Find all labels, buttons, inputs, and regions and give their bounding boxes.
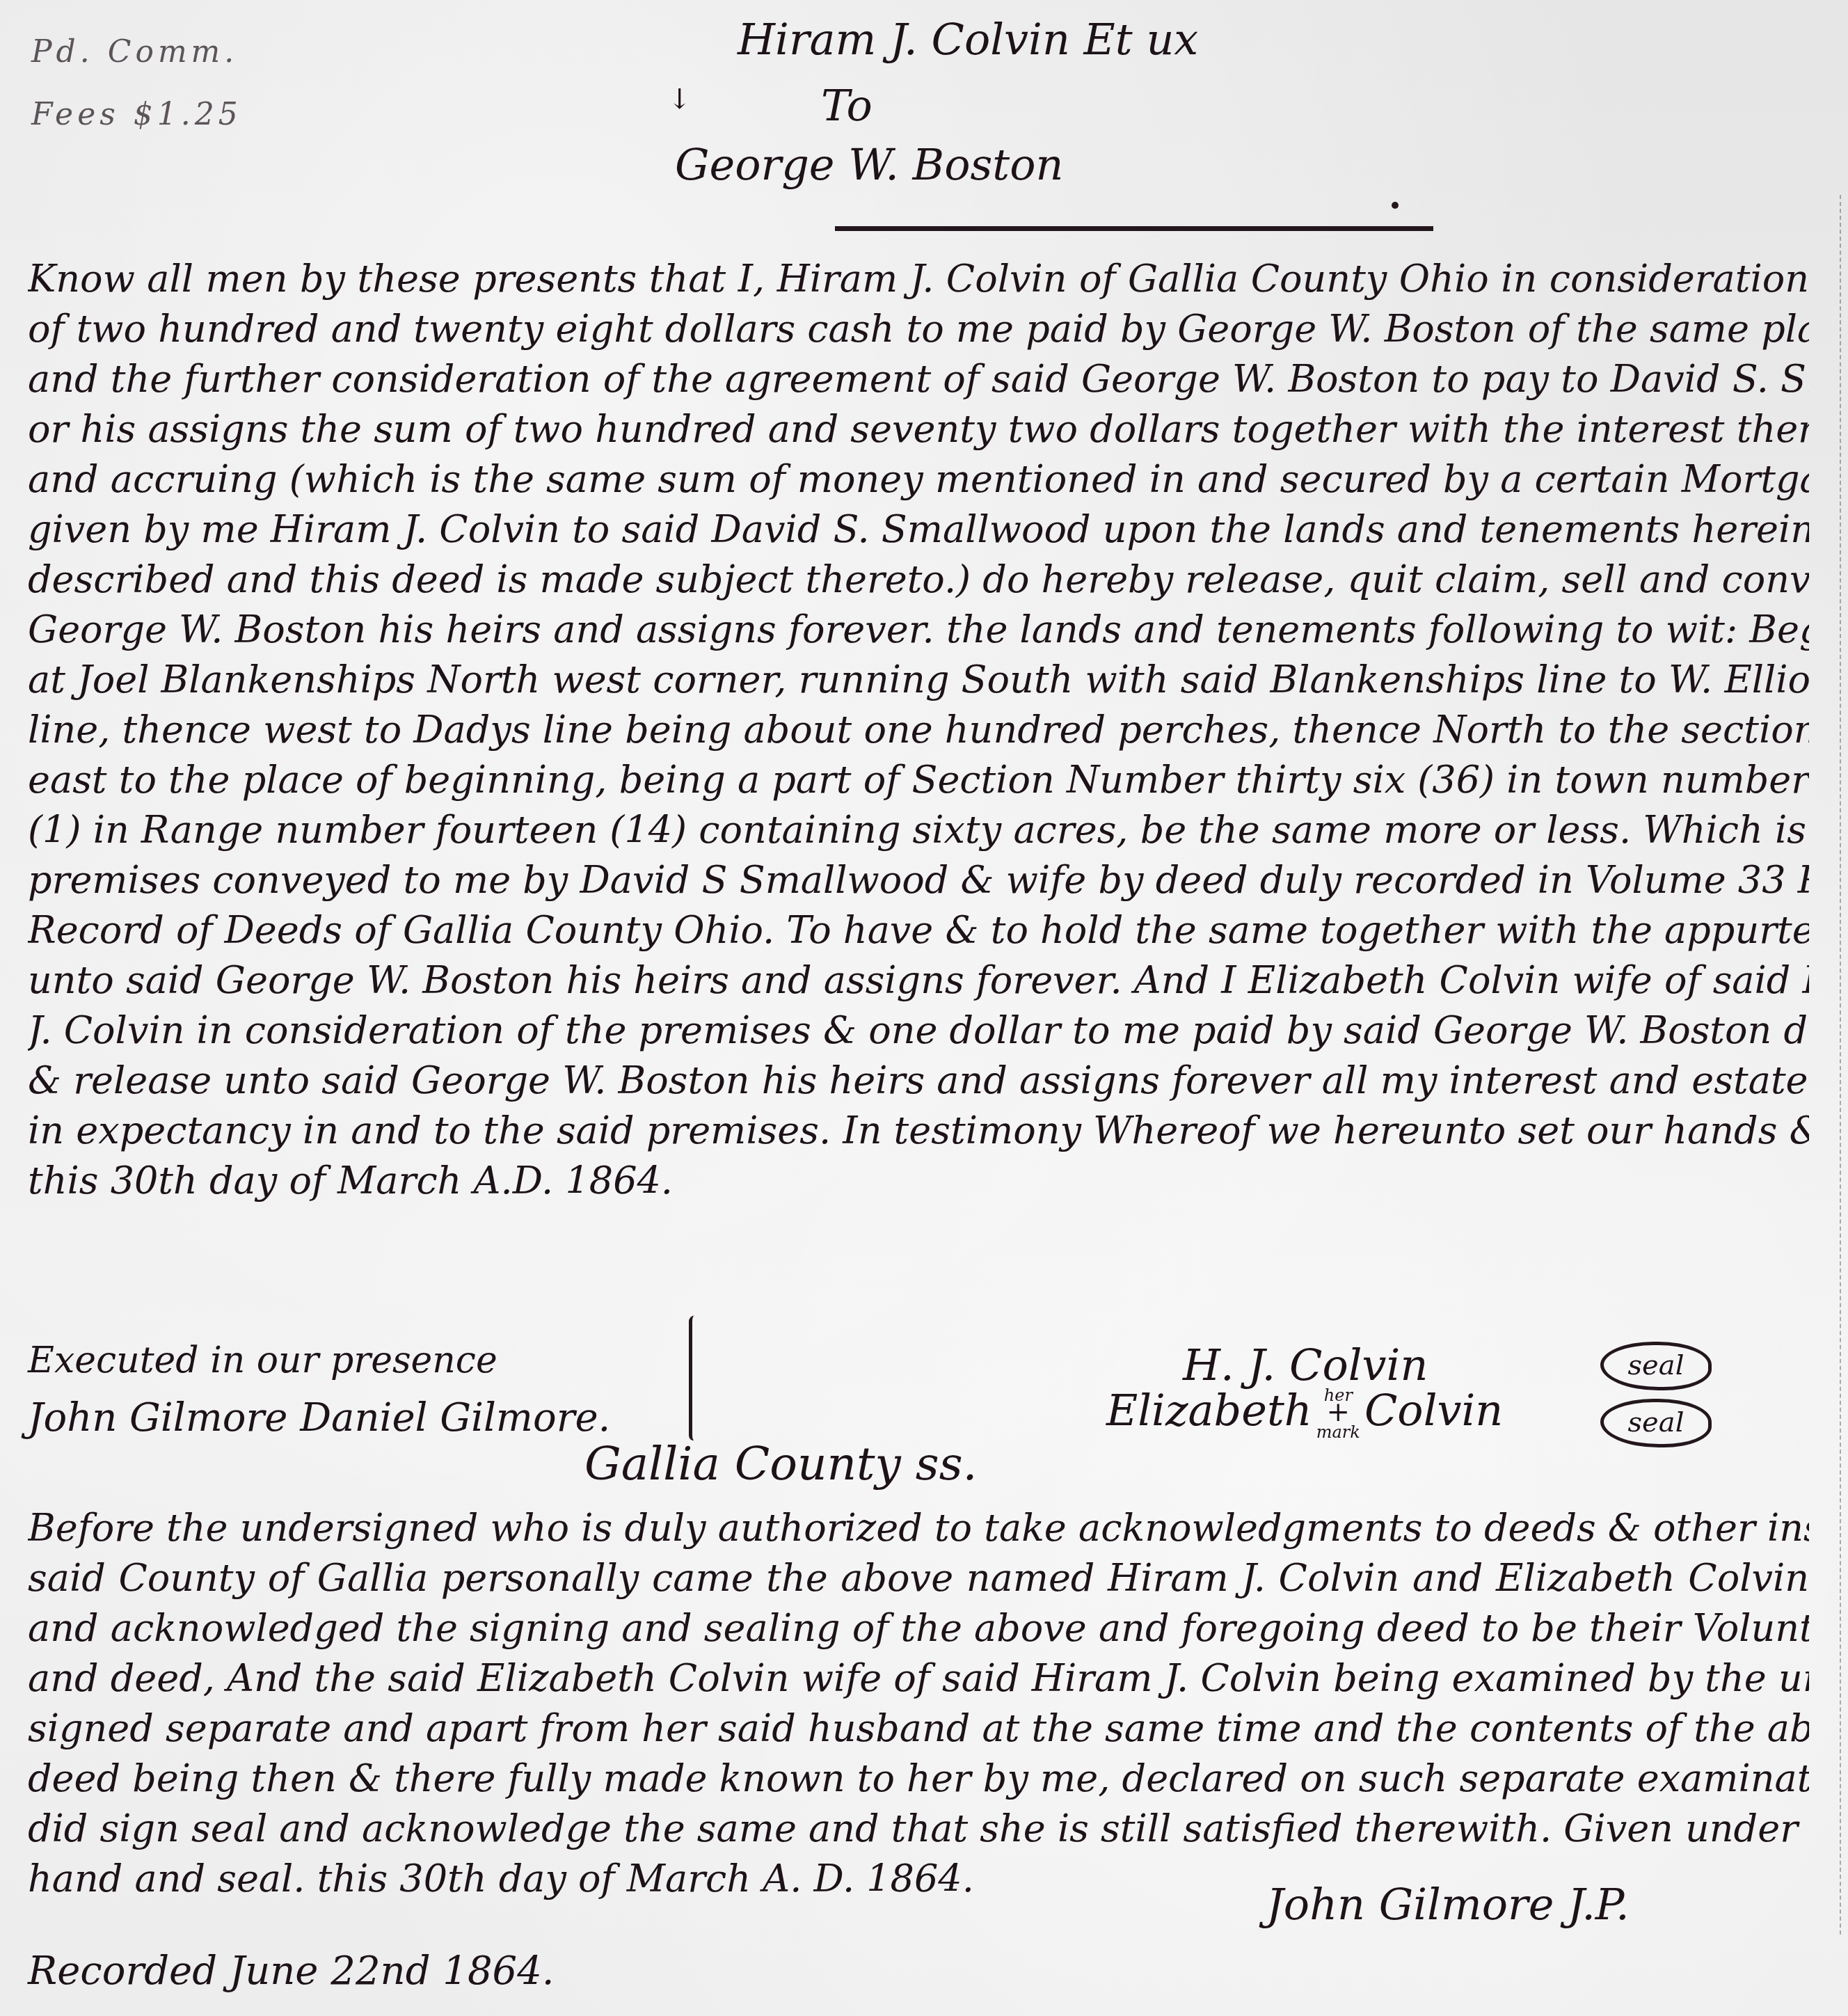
margin-note-line-1: Pd. Comm.	[31, 21, 242, 84]
signer-2-first-name: Elizabeth	[1106, 1385, 1312, 1436]
brace-divider	[689, 1315, 706, 1441]
margin-fee-note: Pd. Comm. Fees $1.25	[31, 21, 242, 146]
ack-line: Before the undersigned who is duly autho…	[28, 1503, 1809, 1553]
ack-line: did sign seal and acknowledge the same a…	[28, 1804, 1809, 1854]
acknowledgment-heading: Gallia County ss.	[584, 1437, 977, 1491]
body-line: at Joel Blankenships North west corner, …	[28, 655, 1809, 705]
ack-line: signed separate and apart from her said …	[28, 1704, 1809, 1754]
body-line: George W. Boston his heirs and assigns f…	[28, 605, 1809, 655]
ack-line: said County of Gallia personally came th…	[28, 1553, 1809, 1603]
title-grantee: George W. Boston	[675, 139, 1063, 190]
grantor-signature-hiram: H. J. Colvin	[1183, 1340, 1428, 1390]
body-line: and accruing (which is the same sum of m…	[28, 454, 1809, 505]
body-line: Record of Deeds of Gallia County Ohio. T…	[28, 905, 1809, 955]
title-connector: To	[821, 80, 873, 131]
body-line: (1) in Range number fourteen (14) contai…	[28, 805, 1809, 855]
body-line: Know all men by these presents that I, H…	[28, 254, 1809, 304]
scan-edge-divider	[1838, 195, 1841, 1935]
title-margin-mark: ↓	[668, 84, 692, 116]
ack-line: deed being then & there fully made known…	[28, 1754, 1809, 1804]
body-line: of two hundred and twenty eight dollars …	[28, 304, 1809, 354]
recorded-date: Recorded June 22nd 1864.	[28, 1948, 555, 1994]
justice-of-peace-signature: John Gilmore J.P.	[1266, 1879, 1630, 1930]
body-line: given by me Hiram J. Colvin to said Davi…	[28, 505, 1809, 555]
witness-label: Executed in our presence	[28, 1340, 497, 1381]
body-line: and the further consideration of the agr…	[28, 354, 1809, 404]
body-line: east to the place of beginning, being a …	[28, 755, 1809, 805]
body-line: in expectancy in and to the said premise…	[28, 1106, 1809, 1156]
body-line-date: this 30th day of March A.D. 1864.	[28, 1156, 1809, 1206]
body-line: or his assigns the sum of two hundred an…	[28, 404, 1809, 454]
acknowledgment-body: Before the undersigned who is duly autho…	[28, 1503, 1809, 1904]
ink-speck	[1392, 202, 1399, 209]
seal-icon: seal	[1600, 1342, 1712, 1390]
title-underline-divider	[835, 226, 1433, 231]
grantor-signature-elizabeth: Elizabethher+markColvin	[1106, 1385, 1503, 1440]
body-line: premises conveyed to me by David S Small…	[28, 855, 1809, 905]
body-line: described and this deed is made subject …	[28, 555, 1809, 605]
ack-line: and acknowledged the signing and sealing…	[28, 1603, 1809, 1653]
ack-line: and deed, And the said Elizabeth Colvin …	[28, 1653, 1809, 1704]
witness-signatures: John Gilmore Daniel Gilmore.	[28, 1395, 610, 1440]
deed-page: Pd. Comm. Fees $1.25 Hiram J. Colvin Et …	[0, 0, 1848, 2016]
deed-body: Know all men by these presents that I, H…	[28, 254, 1809, 1206]
body-line: line, thence west to Dadys line being ab…	[28, 705, 1809, 755]
body-line: J. Colvin in consideration of the premis…	[28, 1006, 1809, 1056]
body-line: unto said George W. Boston his heirs and…	[28, 955, 1809, 1006]
signer-2-last-name: Colvin	[1364, 1385, 1503, 1436]
her-mark: her+mark	[1316, 1387, 1360, 1440]
title-grantor: Hiram J. Colvin Et ux	[738, 14, 1198, 65]
her-mark-bottom: mark	[1316, 1422, 1360, 1442]
margin-note-line-2: Fees $1.25	[31, 84, 242, 146]
body-line: & release unto said George W. Boston his…	[28, 1056, 1809, 1106]
seal-icon: seal	[1600, 1399, 1712, 1447]
